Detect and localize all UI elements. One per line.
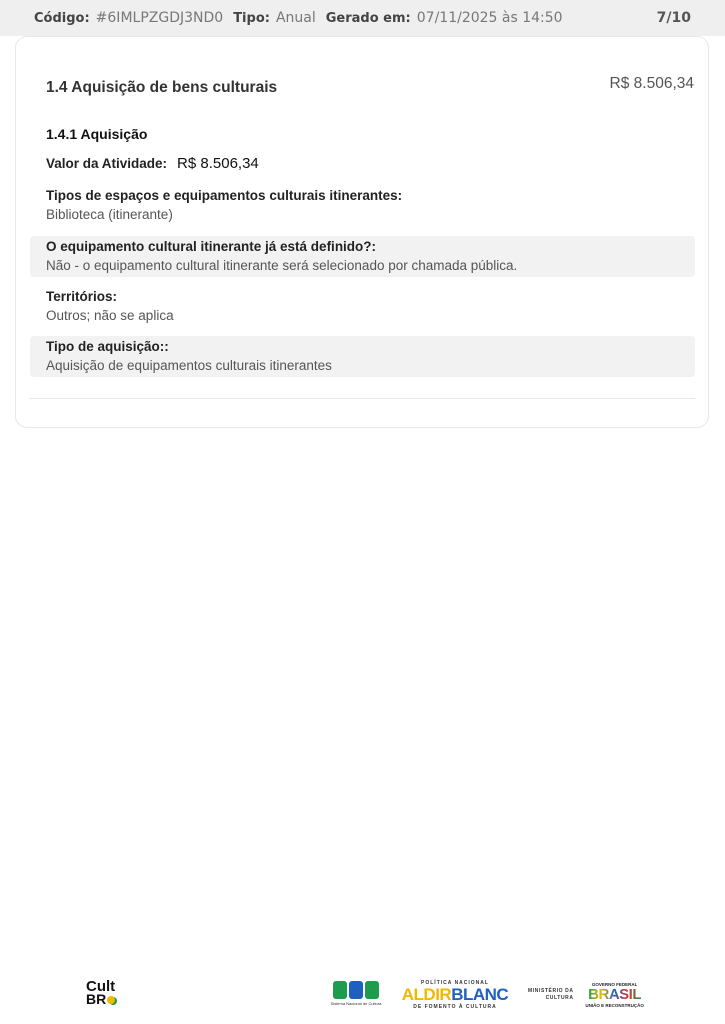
subsection-title: 1.4.1 Aquisição [46,126,147,142]
aldir-blanc-logo: POLÍTICA NACIONAL ALDIRBLANC DE FOMENTO … [396,980,514,1010]
section-title: 1.4 Aquisição de bens culturais [46,79,277,97]
snc-logo: Sistema Nacional de Cultura [330,981,382,1009]
code-label: Código: [34,11,90,26]
gov-main-text: BRASIL [588,987,641,1003]
field-value: Outros; não se aplica [46,306,679,325]
aldir-main-text: ALDIRBLANC [402,986,508,1004]
activity-value-row: Valor da Atividade: R$ 8.506,34 [46,155,259,172]
snc-s-shape-icon [333,981,347,999]
footer-logos: Sistema Nacional de Cultura POLÍTICA NAC… [330,979,646,1011]
field-territories: Territórios: Outros; não se aplica [30,286,695,327]
generated-label: Gerado em: [326,11,411,26]
cultbr-logo: Cult BR [86,980,126,1010]
field-label: O equipamento cultural itinerante já est… [46,237,679,256]
cultbr-logo-line2: BR [86,993,126,1006]
activity-value-label: Valor da Atividade: [46,156,167,171]
field-label: Tipo de aquisição:: [46,337,679,356]
blanc-text: BLANC [451,985,508,1004]
aldir-bottom-text: DE FOMENTO À CULTURA [413,1004,496,1010]
type-value: Anual [276,10,316,26]
gov-bottom-text: UNIÃO E RECONSTRUÇÃO [585,1003,644,1008]
field-value: Aquisição de equipamentos culturais itin… [46,356,679,375]
section-amount: R$ 8.506,34 [610,75,694,93]
field-label: Territórios: [46,287,679,306]
snc-caption: Sistema Nacional de Cultura [331,1001,382,1006]
field-value: Não - o equipamento cultural itinerante … [46,256,679,275]
ministry-line2: CULTURA [528,995,574,1002]
ministry-line1: MINISTÉRIO DA [528,988,574,995]
gov-federal-logo: GOVERNO FEDERAL BRASIL UNIÃO E RECONSTRU… [584,982,646,1008]
ministry-logo: MINISTÉRIO DA CULTURA [528,988,574,1002]
cultbr-logo-text: BR [86,993,106,1006]
aldir-text: ALDIR [402,985,451,1004]
activity-value: R$ 8.506,34 [177,155,259,172]
generated-value: 07/11/2025 às 14:50 [417,10,563,26]
field-itinerant-types: Tipos de espaços e equipamentos culturai… [30,185,695,226]
page-number: 7/10 [657,10,691,26]
snc-c-shape-icon [365,981,379,999]
snc-n-shape-icon [349,981,363,999]
section-card: 1.4 Aquisição de bens culturais R$ 8.506… [15,36,709,428]
document-header-bar: Código: #6IMLPZGDJ3ND0 Tipo: Anual Gerad… [0,0,725,36]
cultbr-dot-icon [107,996,115,1004]
field-label: Tipos de espaços e equipamentos culturai… [46,186,679,205]
field-equipment-defined: O equipamento cultural itinerante já est… [30,236,695,277]
type-label: Tipo: [233,11,270,26]
field-acquisition-type: Tipo de aquisição:: Aquisição de equipam… [30,336,695,377]
code-value: #6IMLPZGDJ3ND0 [96,10,224,26]
field-value: Biblioteca (itinerante) [46,205,679,224]
section-divider [30,398,695,399]
